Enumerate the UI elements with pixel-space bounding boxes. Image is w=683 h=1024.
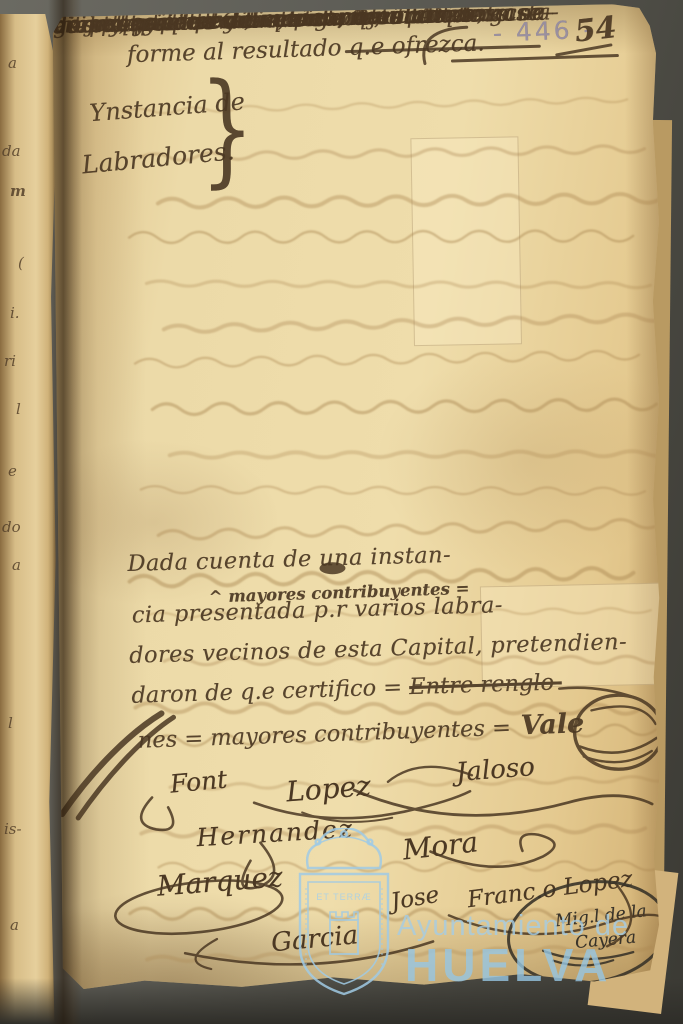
page-edge-fragment: a: [8, 54, 17, 72]
photo-background: a da m ( i. ri l e do a l is- a - 446 - …: [0, 0, 683, 1024]
ink-flourishes: [0, 0, 683, 1024]
page-edge-fragment: (: [18, 254, 24, 272]
page-edge-fragment: ri: [4, 352, 16, 370]
page-edge-fragment: a: [10, 916, 19, 934]
page-edge-fragment: e: [8, 462, 17, 480]
page-edge-fragment: do: [2, 518, 21, 536]
page-edge-fragment: l: [8, 714, 13, 732]
page-edge-fragment: da: [2, 142, 21, 160]
manuscript-page: - 446 - 54 forme al resultado q.e ofrezc…: [53, 4, 668, 998]
page-edge-fragment: is-: [4, 820, 22, 838]
binding-gutter-shadow: [48, 0, 82, 1024]
page-edge-fragment: a: [12, 556, 21, 574]
page-edge-fragment: l: [16, 400, 21, 418]
page-edge-fragment: i.: [10, 304, 20, 322]
page-edge-fragment: m: [10, 182, 26, 200]
